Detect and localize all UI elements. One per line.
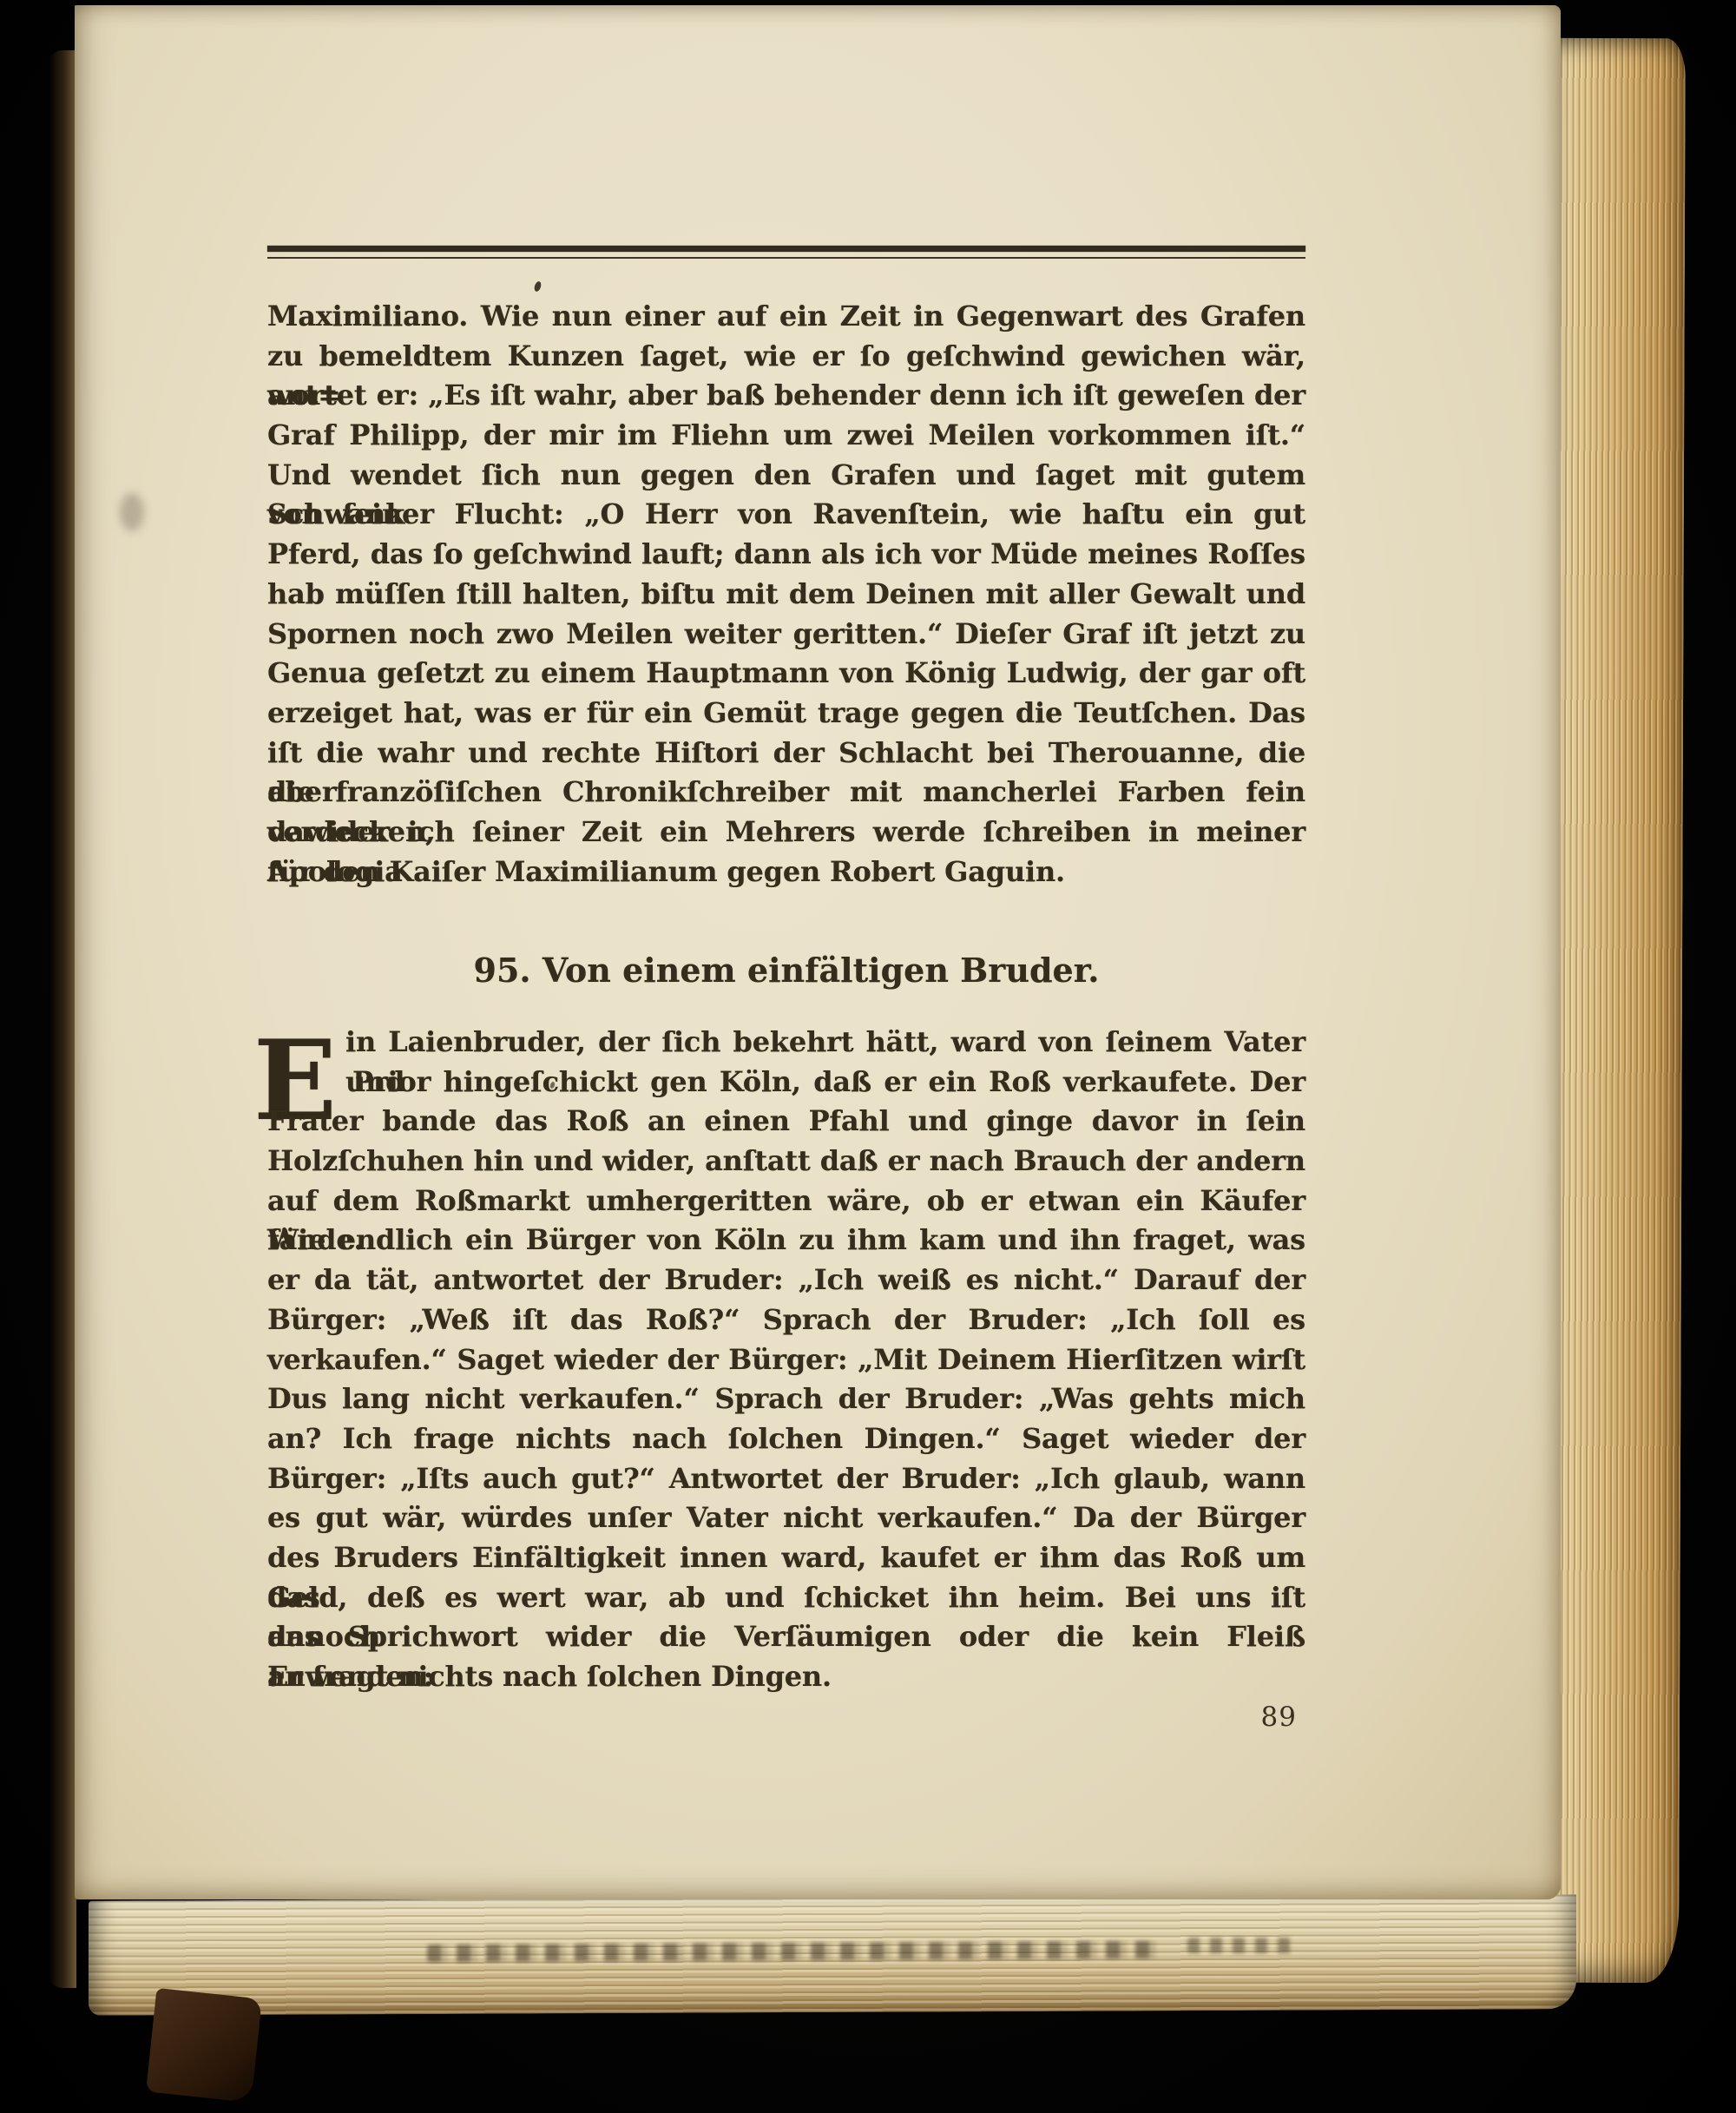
text-line: Bürger: „Iſts auch gut?“ Antwortet der B…: [267, 1459, 1305, 1499]
text-line: Holzſchuhen hin und wider, anſtatt daß e…: [267, 1142, 1305, 1182]
book-page: Maximiliano. Wie nun einer auf ein Zeit …: [75, 5, 1561, 1899]
margin-smudge: [120, 493, 144, 531]
text-line: Genua geſetzt zu einem Hauptmann von Kön…: [267, 654, 1305, 694]
text-line: dawider ich ſeiner Zeit ein Mehrers werd…: [267, 813, 1305, 852]
text-line: Graf Philipp, der mir im Fliehn um zwei …: [267, 416, 1305, 456]
text-line: von ſeiner Flucht: „O Herr von Ravenſtei…: [267, 495, 1305, 535]
text-line: Frater bande das Roß an einen Pfahl und …: [267, 1102, 1305, 1142]
page-edges-right: [1554, 38, 1686, 1983]
header-rule: [267, 246, 1305, 259]
text-line: das Sprichwort wider die Verſäumigen ode…: [267, 1617, 1305, 1657]
section-heading: 95. Von einem einfältigen Bruder.: [267, 948, 1305, 993]
rule-thick-line: [267, 246, 1305, 252]
text-line: Und wendet ſich nun gegen den Grafen und…: [267, 456, 1305, 496]
paragraph-1: Maximiliano. Wie nun einer auf ein Zeit …: [267, 297, 1305, 892]
text-line: für den Kaiſer Maximilianum gegen Robert…: [267, 852, 1305, 892]
text-line: hab müſſen ſtill halten, biſtu mit dem D…: [267, 575, 1305, 615]
text-line: erzeiget hat, was er für ein Gemüt trage…: [267, 694, 1305, 734]
text-line: Wie endlich ein Bürger von Köln zu ihm k…: [267, 1221, 1305, 1261]
book-photo: Maximiliano. Wie nun einer auf ein Zeit …: [0, 0, 1736, 2113]
text-line: wortet er: „Es iſt wahr, aber baß behend…: [267, 376, 1305, 416]
text-line: an? Ich frage nichts nach ſolchen Dingen…: [267, 1419, 1305, 1459]
rule-thin-line: [267, 257, 1305, 259]
text-line: iſt die wahr und rechte Hiſtori der Schl…: [267, 734, 1305, 773]
page-edges-left: [49, 50, 76, 1988]
text-line: auf dem Roßmarkt umhergeritten wäre, ob …: [267, 1182, 1305, 1221]
book-cover-corner: [146, 1988, 262, 2103]
paragraph-2: in Laienbruder, der ſich bekehrt hätt, w…: [267, 1023, 1305, 1697]
text-line: Pferd, das ſo geſchwind lauft; dann als …: [267, 535, 1305, 575]
text-line: es gut wär, würdes unſer Vater nicht ver…: [267, 1498, 1305, 1538]
text-line: in Laienbruder, der ſich bekehrt hätt, w…: [267, 1023, 1305, 1063]
text-line: Maximiliano. Wie nun einer auf ein Zeit …: [267, 297, 1305, 337]
text-line: die franzöſiſchen Chronikſchreiber mit m…: [267, 773, 1305, 813]
text-line: Spornen noch zwo Meilen weiter geritten.…: [267, 615, 1305, 655]
text-line: zu bemeldtem Kunzen ſaget, wie er ſo geſ…: [267, 337, 1305, 377]
text-line: er da tät, antwortet der Bruder: „Ich we…: [267, 1261, 1305, 1300]
text-line: Bürger: „Weß iſt das Roß?“ Sprach der Br…: [267, 1300, 1305, 1340]
text-line: verkaufen.“ Saget wieder der Bürger: „Mi…: [267, 1340, 1305, 1380]
blurred-next-page-text-fragment: [1187, 1938, 1299, 1953]
text-line: Er fragt nichts nach ſolchen Dingen.: [267, 1657, 1305, 1697]
text-line: des Bruders Einfältigkeit innen ward, ka…: [267, 1538, 1305, 1578]
text-line: Dus lang nicht verkaufen.“ Sprach der Br…: [267, 1379, 1305, 1419]
text-line: Geld, deß es wert war, ab und ſchicket i…: [267, 1578, 1305, 1618]
text-line: Prior hingeſchickt gen Köln, daß er ein …: [267, 1063, 1305, 1103]
page-number: 89: [267, 1702, 1297, 1733]
